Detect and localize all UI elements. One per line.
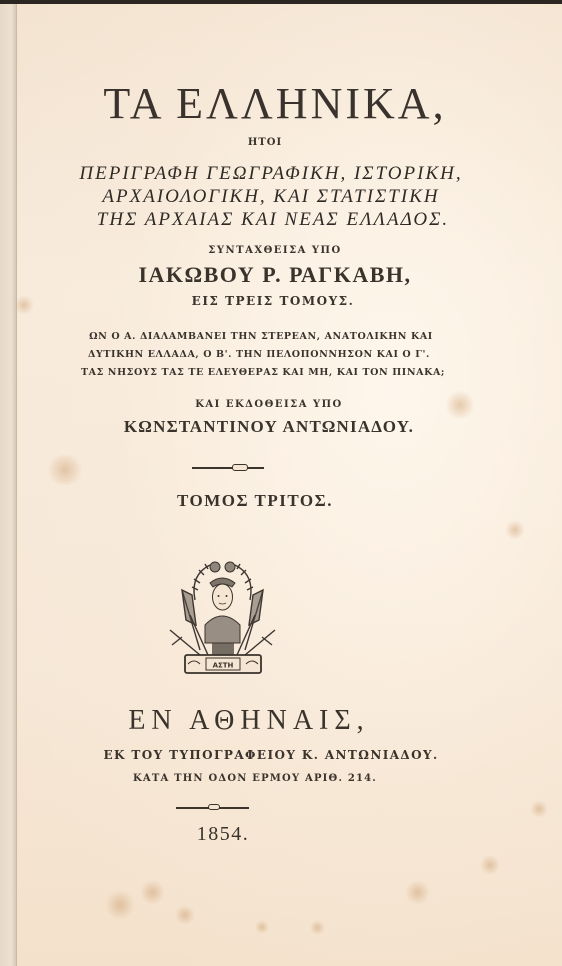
author-name: ΙΑΚΩΒΟΥ Ρ. ΡΑΓΚΑΒΗ, (0, 262, 556, 288)
foxing-spot (255, 920, 269, 934)
foxing-spot (405, 880, 430, 905)
imprint-printer: ΕΚ ΤΟΥ ΤΥΠΟΓΡΑΦΕΙΟΥ Κ. ΑΝΤΩΝΙΑΔΟΥ. (0, 748, 552, 762)
svg-text:ΑΣΤΗ: ΑΣΤΗ (213, 662, 234, 670)
title-conjunction: ΗΤΟΙ (0, 137, 546, 148)
book-page: ΤΑ ΕΛΛΗΝΙΚΑ, ΗΤΟΙ ΠΕΡΙΓΡΑΦΗ ΓΕΩΓΡΑΦΙΚΗ, … (0, 0, 562, 966)
foxing-spot (505, 520, 525, 540)
page-top-edge (0, 0, 562, 4)
description-line-3: ΤΑΣ ΝΗΣΟΥΣ ΤΑΣ ΤΕ ΕΛΕΥΘΕΡΑΣ ΚΑΙ ΜΗ, ΚΑΙ … (0, 367, 544, 378)
foxing-spot (45, 455, 85, 485)
foxing-spot (140, 880, 165, 905)
publication-year: 1854. (0, 823, 504, 846)
subtitle-line-3: ΤΗΣ ΑΡΧΑΙΑΣ ΚΑΙ ΝΕΑΣ ΕΛΛΑΔΟΣ. (0, 209, 554, 231)
subtitle-line-1: ΠΕΡΙΓΡΑΦΗ ΓΕΩΓΡΑΦΙΚΗ, ΙΣΤΟΡΙΚΗ, (0, 163, 552, 185)
imprint-address: ΚΑΤΑ ΤΗΝ ΟΔΟΝ ΕΡΜΟΥ ΑΡΙΘ. 214. (0, 773, 536, 784)
foxing-spot (530, 800, 548, 818)
book-title: ΤΑ ΕΛΛΗΝΙΚΑ, (0, 78, 556, 129)
printers-device-emblem-icon: ΑΣΤΗ (160, 555, 285, 680)
description-line-1: ΩΝ Ο Α. ΔΙΑΛΑΜΒΑΝΕΙ ΤΗΝ ΣΤΕΡΕΑΝ, ΑΝΑΤΟΛΙ… (0, 331, 542, 342)
foxing-spot (175, 905, 195, 925)
volumes-label: ΕΙΣ ΤΡΕΙΣ ΤΟΜΟΥΣ. (0, 294, 554, 308)
page-spine-edge (0, 4, 17, 966)
volume-title: ΤΟΜΟΣ ΤΡΙΤΟΣ. (0, 491, 536, 511)
compiled-by-label: ΣΥΝΤΑΧΘΕΙΣΑ ΥΠΟ (0, 245, 556, 256)
foxing-spot (480, 855, 500, 875)
foxing-spot (105, 890, 135, 920)
description-line-2: ΔΥΤΙΚΗΝ ΕΛΛΑΔΑ, Ο Β'. ΤΗΝ ΠΕΛΟΠΟΝΝΗΣΟΝ Κ… (0, 349, 540, 360)
published-by-label: ΚΑΙ ΕΚΔΟΘΕΙΣΑ ΥΠΟ (0, 399, 550, 410)
imprint-city: ΕΝ ΑΘΗΝΑΙΣ, (0, 705, 530, 737)
publisher-name: ΚΩΝΣΤΑΝΤΙΝΟΥ ΑΝΤΩΝΙΑΔΟΥ. (0, 417, 550, 437)
foxing-spot (310, 920, 325, 935)
subtitle-line-2: ΑΡΧΑΙΟΛΟΓΙΚΗ, ΚΑΙ ΣΤΑΤΙΣΤΙΚΗ (0, 186, 552, 208)
